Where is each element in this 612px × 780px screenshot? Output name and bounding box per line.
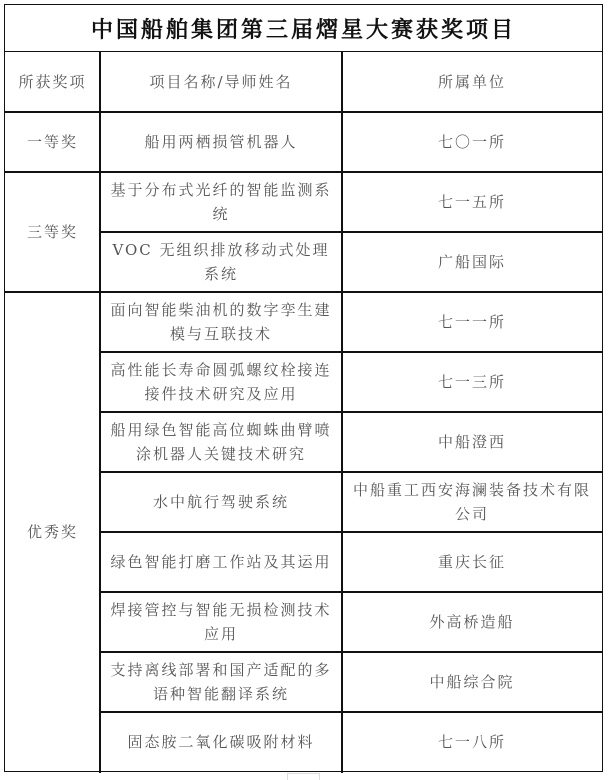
unit-name: 七一一所 — [342, 292, 602, 352]
row-divider — [100, 711, 602, 713]
unit-name: 中船综合院 — [342, 652, 602, 712]
row-divider — [5, 171, 602, 173]
project-name: 水中航行驾驶系统 — [100, 472, 342, 532]
unit-name: 七一八所 — [342, 712, 602, 772]
header-award: 所获奖项 — [5, 52, 100, 112]
project-name: 基于分布式光纤的智能监测系统 — [100, 172, 342, 232]
awards-table: 中国船舶集团第三届熠星大赛获奖项目 所获奖项 项目名称/导师姓名 所属单位 一等… — [4, 4, 603, 772]
unit-name: 广船国际 — [342, 232, 602, 292]
project-name: 高性能长寿命圆弧螺纹栓接连接件技术研究及应用 — [100, 352, 342, 412]
row-divider — [5, 291, 602, 293]
row-divider — [5, 111, 602, 113]
unit-name: 中船重工西安海澜装备技术有限公司 — [342, 472, 602, 532]
award-third-prize: 三等奖 — [5, 172, 100, 292]
row-divider — [100, 651, 602, 653]
project-name: 面向智能柴油机的数字孪生建模与互联技术 — [100, 292, 342, 352]
project-name: 船用两栖损管机器人 — [100, 112, 342, 172]
row-divider — [100, 531, 602, 533]
project-name: 绿色智能打磨工作站及其运用 — [100, 532, 342, 592]
row-divider — [100, 231, 602, 233]
project-name: 船用绿色智能高位蜘蛛曲臂喷涂机器人关键技术研究 — [100, 412, 342, 472]
award-first-prize: 一等奖 — [5, 112, 100, 172]
column-divider — [341, 52, 343, 773]
unit-name: 中船澄西 — [342, 412, 602, 472]
project-name: 固态胺二氧化碳吸附材料 — [100, 712, 342, 772]
project-name: VOC 无组织排放移动式处理系统 — [100, 232, 342, 292]
row-divider — [100, 471, 602, 473]
project-name: 焊接管控与智能无损检测技术应用 — [100, 592, 342, 652]
header-unit: 所属单位 — [342, 52, 602, 112]
unit-name: 七一三所 — [342, 352, 602, 412]
project-name: 支持离线部署和国产适配的多语种智能翻译系统 — [100, 652, 342, 712]
row-divider — [100, 351, 602, 353]
unit-name: 七一五所 — [342, 172, 602, 232]
column-divider — [99, 52, 101, 773]
row-divider — [100, 591, 602, 593]
table-title: 中国船舶集团第三届熠星大赛获奖项目 — [5, 5, 602, 52]
scan-artifact — [287, 773, 320, 780]
header-project: 项目名称/导师姓名 — [100, 52, 342, 112]
award-excellence: 优秀奖 — [5, 292, 100, 772]
unit-name: 外高桥造船 — [342, 592, 602, 652]
row-divider — [100, 411, 602, 413]
unit-name: 重庆长征 — [342, 532, 602, 592]
unit-name: 七〇一所 — [342, 112, 602, 172]
